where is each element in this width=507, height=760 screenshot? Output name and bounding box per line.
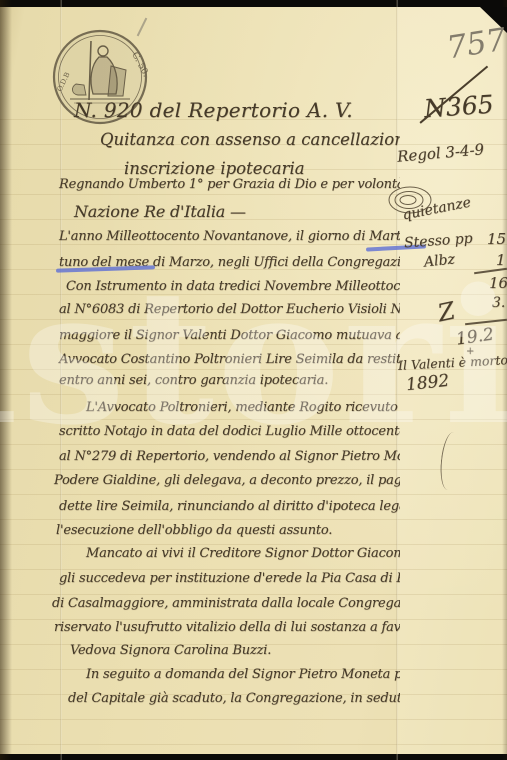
document-line: L'Avvocato Poltronieri, mediante Rogito … [86, 400, 400, 415]
document-line: l'esecuzione dell'obbligo da questi assu… [56, 523, 332, 538]
document-line: In seguito a domanda del Signor Pietro M… [86, 667, 400, 682]
document-line: Nazione Re d'Italia — [74, 202, 246, 221]
amount-3: 3. [492, 295, 505, 311]
amount-1: 1 [496, 251, 506, 269]
amount-16: 16 [489, 274, 507, 292]
document-line: Avvocato Costantino Poltronieri Lire Sei… [59, 352, 400, 367]
document-line: Podere Gialdine, gli delegava, a deconto… [54, 473, 400, 488]
document-line: Con Istrumento in data tredici Novembre … [66, 279, 400, 294]
document-title-line1: Quitanza con assenso a cancellazione di [100, 130, 400, 149]
document-line: scritto Notajo in data del dodici Luglio… [59, 424, 400, 439]
document-line: L'anno Milleottocento Novantanove, il gi… [59, 229, 400, 244]
paper-right-edge-shadow [502, 0, 507, 760]
manuscript-text-column: N. 920 del Repertorio A. V. Quitanza con… [0, 0, 400, 760]
albz-annotation: Albz [423, 251, 455, 270]
document-number: N365 [423, 90, 494, 124]
document-line: Mancato ai vivi il Creditore Signor Dott… [86, 546, 400, 561]
document-line: gli succedeva per instituzione d'erede l… [59, 571, 400, 586]
document-line: dette lire Seimila, rinunciando al dirit… [59, 499, 400, 514]
document-line: Vedova Signora Carolina Buzzi. [70, 643, 271, 658]
document-title-line2: inscrizione ipotecaria [124, 159, 305, 178]
document-line: al N°279 di Repertorio, vendendo al Sign… [59, 449, 400, 464]
document-line: maggiore il Signor Valenti Dottor Giacom… [59, 328, 400, 343]
amount-15: 15 [487, 230, 506, 248]
document-line: al N°6083 di Repertorio del Dottor Euche… [59, 302, 400, 317]
document-line: di Casalmaggiore, amministrata dalla loc… [52, 596, 400, 611]
repertorio-number-line: N. 920 del Repertorio A. V. [74, 98, 353, 122]
document-line: Regnando Umberto 1° per Grazia di Dio e … [59, 177, 400, 192]
document-line: del Capitale già scaduto, la Congregazio… [68, 691, 400, 706]
document-line: entro anni sei, contro garanzia ipotecar… [59, 373, 328, 388]
document-line: riservato l'usufrutto vitalizio della di… [54, 620, 400, 635]
document-scan: C. 50. O.D.B N. 920 del Repertorio A. V.… [0, 0, 507, 760]
